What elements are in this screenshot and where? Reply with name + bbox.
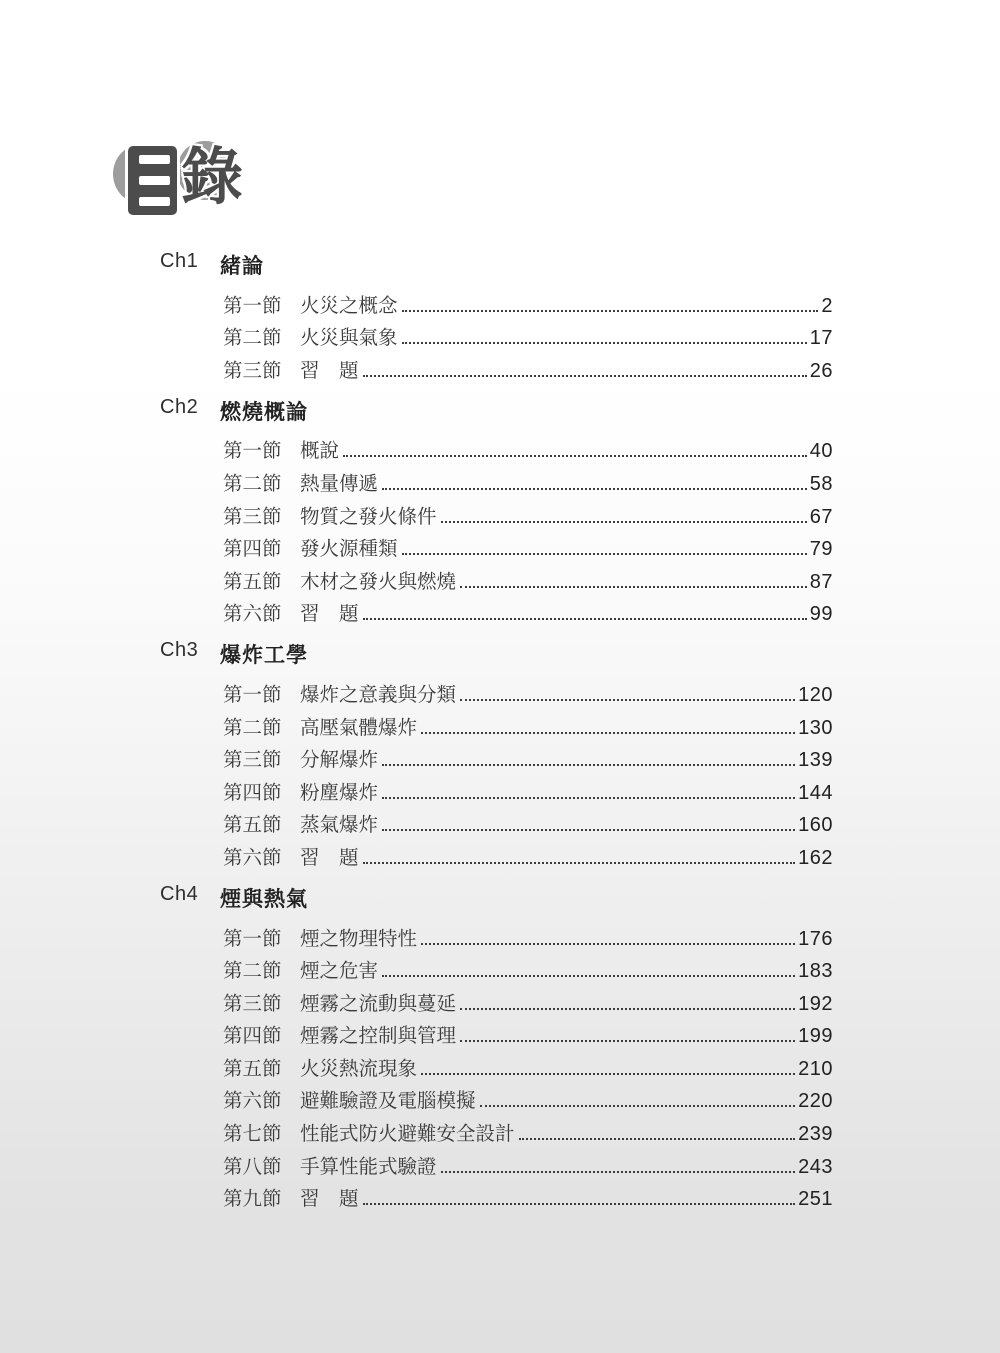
page-number: 144 [798,781,833,805]
dot-leader [382,764,795,766]
section-title: 粉塵爆炸 [300,781,380,805]
section-label: 第四節 [223,1024,300,1048]
page-number: 243 [798,1155,833,1179]
chapter-title: 煙與熱氣 [220,883,308,913]
page-number: 67 [810,505,833,529]
toc-entry: 第二節 火災與氣象 17 [160,318,833,351]
section-title: 煙之物理特性 [300,927,419,951]
toc-entry: 第一節 火災之概念 2 [160,285,833,318]
toc-chapter: Ch4 煙與熱氣 第一節 煙之物理特性 176 第二節 煙之危害 183 第三節… [160,883,833,1211]
section-title: 分解爆炸 [300,748,380,772]
dot-leader [460,699,795,701]
section-label: 第五節 [223,1057,300,1081]
page-number: 120 [798,683,833,707]
page-number: 162 [798,846,833,870]
toc-entry: 第六節 習 題 99 [160,594,833,627]
section-label: 第六節 [223,846,300,870]
toc-entry: 第八節 手算性能式驗證 243 [160,1146,833,1179]
toc-entry: 第一節 煙之物理特性 176 [160,918,833,951]
page-number: 58 [810,472,833,496]
section-title: 手算性能式驗證 [300,1155,439,1179]
section-label: 第三節 [223,748,300,772]
section-title: 煙之危害 [300,959,380,983]
dot-leader [519,1138,796,1140]
dot-leader [382,975,795,977]
page-number: 176 [798,927,833,951]
dot-leader [421,943,795,945]
section-title: 火災與氣象 [300,326,400,350]
page-number: 79 [810,537,833,561]
section-label: 第四節 [223,781,300,805]
page-number: 220 [798,1089,833,1113]
logo-mu-bar [139,197,170,206]
toc-entry: 第五節 火災熱流現象 210 [160,1048,833,1081]
section-title: 習 題 [300,359,361,383]
chapter-id: Ch2 [160,396,220,419]
toc-entry: 第二節 高壓氣體爆炸 130 [160,707,833,740]
logo-mu-bar [139,155,170,164]
section-label: 第二節 [223,472,300,496]
toc-chapter: Ch3 爆炸工學 第一節 爆炸之意義與分類 120 第二節 高壓氣體爆炸 130… [160,639,833,870]
section-label: 第五節 [223,570,300,594]
toc-chapter: Ch2 燃燒概論 第一節 概說 40 第二節 熱量傳遞 58 第三節 物質之發火… [160,396,833,627]
toc-logo: 錄 [115,138,255,223]
toc-chapter: Ch1 緒論 第一節 火災之概念 2 第二節 火災與氣象 17 第三節 習 題 … [160,250,833,383]
chapter-sections: 第一節 爆炸之意義與分類 120 第二節 高壓氣體爆炸 130 第三節 分解爆炸… [160,674,833,870]
section-title: 蒸氣爆炸 [300,813,380,837]
section-label: 第一節 [223,439,300,463]
dot-leader [402,553,807,555]
chapter-title: 燃燒概論 [220,396,308,426]
dot-leader [363,862,796,864]
section-title: 避難驗證及電腦模擬 [300,1089,478,1113]
toc-entry: 第一節 概說 40 [160,431,833,464]
dot-leader [480,1105,796,1107]
dot-leader [363,1203,796,1205]
page-number: 139 [798,748,833,772]
chapter-id: Ch1 [160,250,220,273]
dot-leader [421,732,795,734]
toc-entry: 第五節 蒸氣爆炸 160 [160,805,833,838]
page-number: 87 [810,570,833,594]
section-title: 木材之發火與燃燒 [300,570,458,594]
logo-mu-bar [139,176,170,185]
section-title: 性能式防火避難安全設計 [300,1122,517,1146]
toc-entry: 第三節 習 題 26 [160,350,833,383]
dot-leader [402,342,807,344]
chapter-sections: 第一節 概說 40 第二節 熱量傳遞 58 第三節 物質之發火條件 67 第四節… [160,431,833,627]
dot-leader [402,310,819,312]
page-number: 160 [798,813,833,837]
dot-leader [421,1073,795,1075]
toc-entry: 第九節 習 題 251 [160,1179,833,1212]
dot-leader [460,1040,795,1042]
dot-leader [343,455,807,457]
section-label: 第三節 [223,359,300,383]
toc-entry: 第四節 煙霧之控制與管理 199 [160,1016,833,1049]
toc-entry: 第三節 煙霧之流動與蔓延 192 [160,983,833,1016]
page-number: 199 [798,1024,833,1048]
logo-char-mu-icon [128,146,177,215]
toc-entry: 第六節 避難驗證及電腦模擬 220 [160,1081,833,1114]
section-label: 第一節 [223,683,300,707]
page-number: 192 [798,992,833,1016]
section-label: 第四節 [223,537,300,561]
section-label: 第六節 [223,602,300,626]
chapter-heading: Ch2 燃燒概論 [160,396,833,431]
section-title: 爆炸之意義與分類 [300,683,458,707]
section-title: 習 題 [300,602,361,626]
toc-entry: 第六節 習 題 162 [160,837,833,870]
page-number: 26 [810,359,833,383]
dot-leader [363,375,807,377]
logo-char-lu: 錄 [181,142,243,214]
chapter-heading: Ch3 爆炸工學 [160,639,833,674]
section-title: 煙霧之控制與管理 [300,1024,458,1048]
section-title: 熱量傳遞 [300,472,380,496]
dot-leader [363,618,807,620]
section-label: 第三節 [223,505,300,529]
section-label: 第一節 [223,927,300,951]
chapter-heading: Ch4 煙與熱氣 [160,883,833,918]
section-label: 第二節 [223,326,300,350]
toc-entry: 第七節 性能式防火避難安全設計 239 [160,1113,833,1146]
section-title: 高壓氣體爆炸 [300,716,419,740]
section-title: 煙霧之流動與蔓延 [300,992,458,1016]
section-label: 第二節 [223,959,300,983]
section-label: 第六節 [223,1089,300,1113]
toc-entry: 第四節 粉塵爆炸 144 [160,772,833,805]
chapter-id: Ch4 [160,883,220,906]
toc-entry: 第一節 爆炸之意義與分類 120 [160,674,833,707]
section-title: 習 題 [300,846,361,870]
chapter-sections: 第一節 煙之物理特性 176 第二節 煙之危害 183 第三節 煙霧之流動與蔓延… [160,918,833,1211]
section-title: 物質之發火條件 [300,505,439,529]
dot-leader [441,521,807,523]
section-label: 第三節 [223,992,300,1016]
section-label: 第七節 [223,1122,300,1146]
toc-page: 錄 Ch1 緒論 第一節 火災之概念 2 第二節 火災與氣象 17 第三節 習 … [0,0,1000,1353]
chapter-title: 緒論 [220,250,264,280]
dot-leader [460,586,807,588]
chapter-sections: 第一節 火災之概念 2 第二節 火災與氣象 17 第三節 習 題 26 [160,285,833,383]
section-label: 第九節 [223,1187,300,1211]
chapter-heading: Ch1 緒論 [160,250,833,285]
section-title: 火災之概念 [300,294,400,318]
dot-leader [460,1008,795,1010]
dot-leader [441,1171,796,1173]
dot-leader [382,797,795,799]
page-number: 2 [821,294,833,318]
page-number: 130 [798,716,833,740]
page-number: 251 [798,1187,833,1211]
dot-leader [382,488,807,490]
toc-list: Ch1 緒論 第一節 火災之概念 2 第二節 火災與氣象 17 第三節 習 題 … [160,250,833,1211]
section-title: 發火源種類 [300,537,400,561]
toc-entry: 第五節 木材之發火與燃燒 87 [160,561,833,594]
toc-entry: 第四節 發火源種類 79 [160,529,833,562]
page-number: 99 [810,602,833,626]
section-label: 第二節 [223,716,300,740]
section-title: 習 題 [300,1187,361,1211]
section-label: 第一節 [223,294,300,318]
page-number: 183 [798,959,833,983]
page-number: 239 [798,1122,833,1146]
page-number: 17 [810,326,833,350]
section-label: 第五節 [223,813,300,837]
page-number: 40 [810,439,833,463]
chapter-id: Ch3 [160,639,220,662]
chapter-title: 爆炸工學 [220,639,308,669]
toc-entry: 第二節 煙之危害 183 [160,951,833,984]
section-title: 概說 [300,439,341,463]
toc-entry: 第二節 熱量傳遞 58 [160,463,833,496]
dot-leader [382,829,795,831]
toc-entry: 第三節 物質之發火條件 67 [160,496,833,529]
section-title: 火災熱流現象 [300,1057,419,1081]
page-number: 210 [798,1057,833,1081]
section-label: 第八節 [223,1155,300,1179]
toc-entry: 第三節 分解爆炸 139 [160,740,833,773]
